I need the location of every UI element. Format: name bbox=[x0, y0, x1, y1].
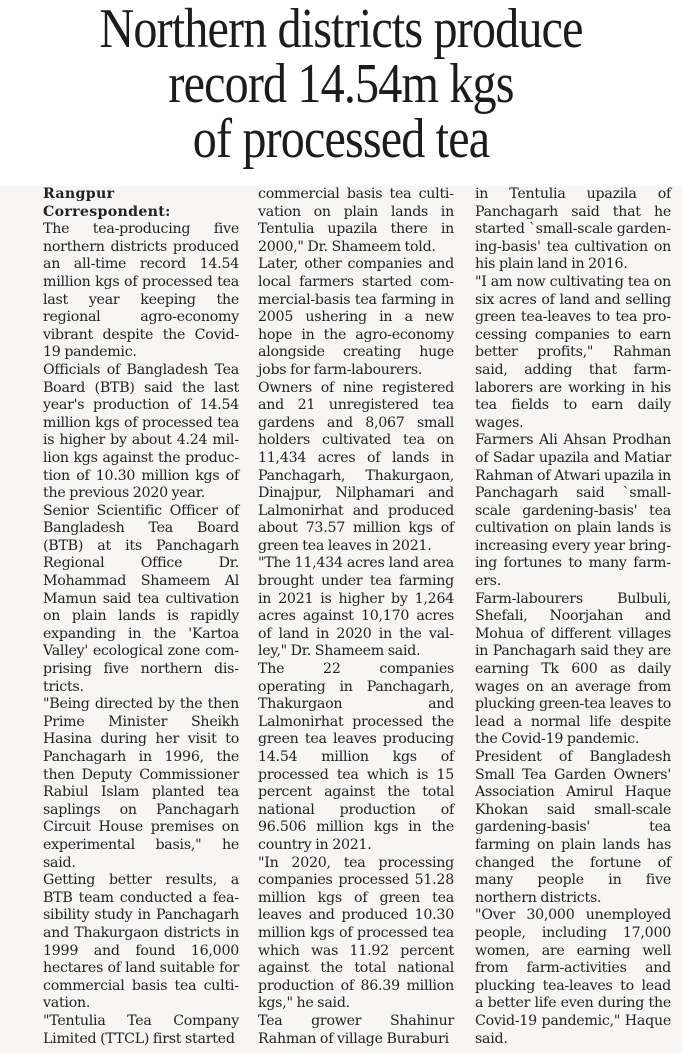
paragraph: Tea grower Shahinur Rahman of village Bu… bbox=[258, 1013, 454, 1048]
news-article: Northern districts produce record 14.54m… bbox=[0, 0, 682, 1053]
paragraph: President of Bangladesh Small Tea Garden… bbox=[475, 749, 671, 907]
paragraph: The 22 companies operating in Panchagarh… bbox=[258, 661, 454, 855]
paragraph: in Tentulia upazila of Panchagarh said t… bbox=[475, 186, 671, 274]
paragraph: Farmers Ali Ahsan Prodhan of Sadar upazi… bbox=[475, 432, 671, 590]
paragraph: "Tentulia Tea Company Limited (TTCL) fir… bbox=[43, 1013, 239, 1048]
paragraph: Later, other companies and local farmers… bbox=[258, 256, 454, 379]
paragraph: The tea-producing five northern district… bbox=[43, 221, 239, 362]
headline-line-3: of processed tea bbox=[65, 112, 617, 167]
paragraph: Getting better results, a BTB team condu… bbox=[43, 872, 239, 1013]
paragraph: "Over 30,000 unemployed people, includin… bbox=[475, 907, 671, 1048]
headline-line-2: record 14.54m kgs bbox=[65, 57, 617, 112]
paragraph: Senior Scientific Officer of Bangladesh … bbox=[43, 503, 239, 697]
column-1: Rangpur Correspondent: The tea-producing… bbox=[43, 186, 239, 1048]
column-2: commercial basis tea culti­vation on pla… bbox=[258, 186, 454, 1048]
article-body: Rangpur Correspondent: The tea-producing… bbox=[0, 186, 682, 1053]
paragraph: Farm-labourers Bulbuli, Shefali, Noorjah… bbox=[475, 591, 671, 749]
column-3: in Tentulia upazila of Panchagarh said t… bbox=[475, 186, 671, 1048]
headline-line-1: Northern districts produce bbox=[65, 2, 617, 57]
paragraph: "In 2020, tea processing companies proce… bbox=[258, 855, 454, 1013]
paragraph: "I am now cultivating tea on six acres o… bbox=[475, 274, 671, 432]
paragraph: commercial basis tea culti­vation on pla… bbox=[258, 186, 454, 256]
paragraph: Owners of nine registered and 21 unregis… bbox=[258, 380, 454, 556]
headline: Northern districts produce record 14.54m… bbox=[65, 2, 617, 167]
byline: Rangpur Correspondent: bbox=[43, 186, 239, 221]
paragraph: "The 11,434 acres land area brought unde… bbox=[258, 555, 454, 661]
paragraph: "Being directed by the then Prime Minist… bbox=[43, 696, 239, 872]
paragraph: Officials of Bangladesh Tea Board (BTB) … bbox=[43, 362, 239, 503]
